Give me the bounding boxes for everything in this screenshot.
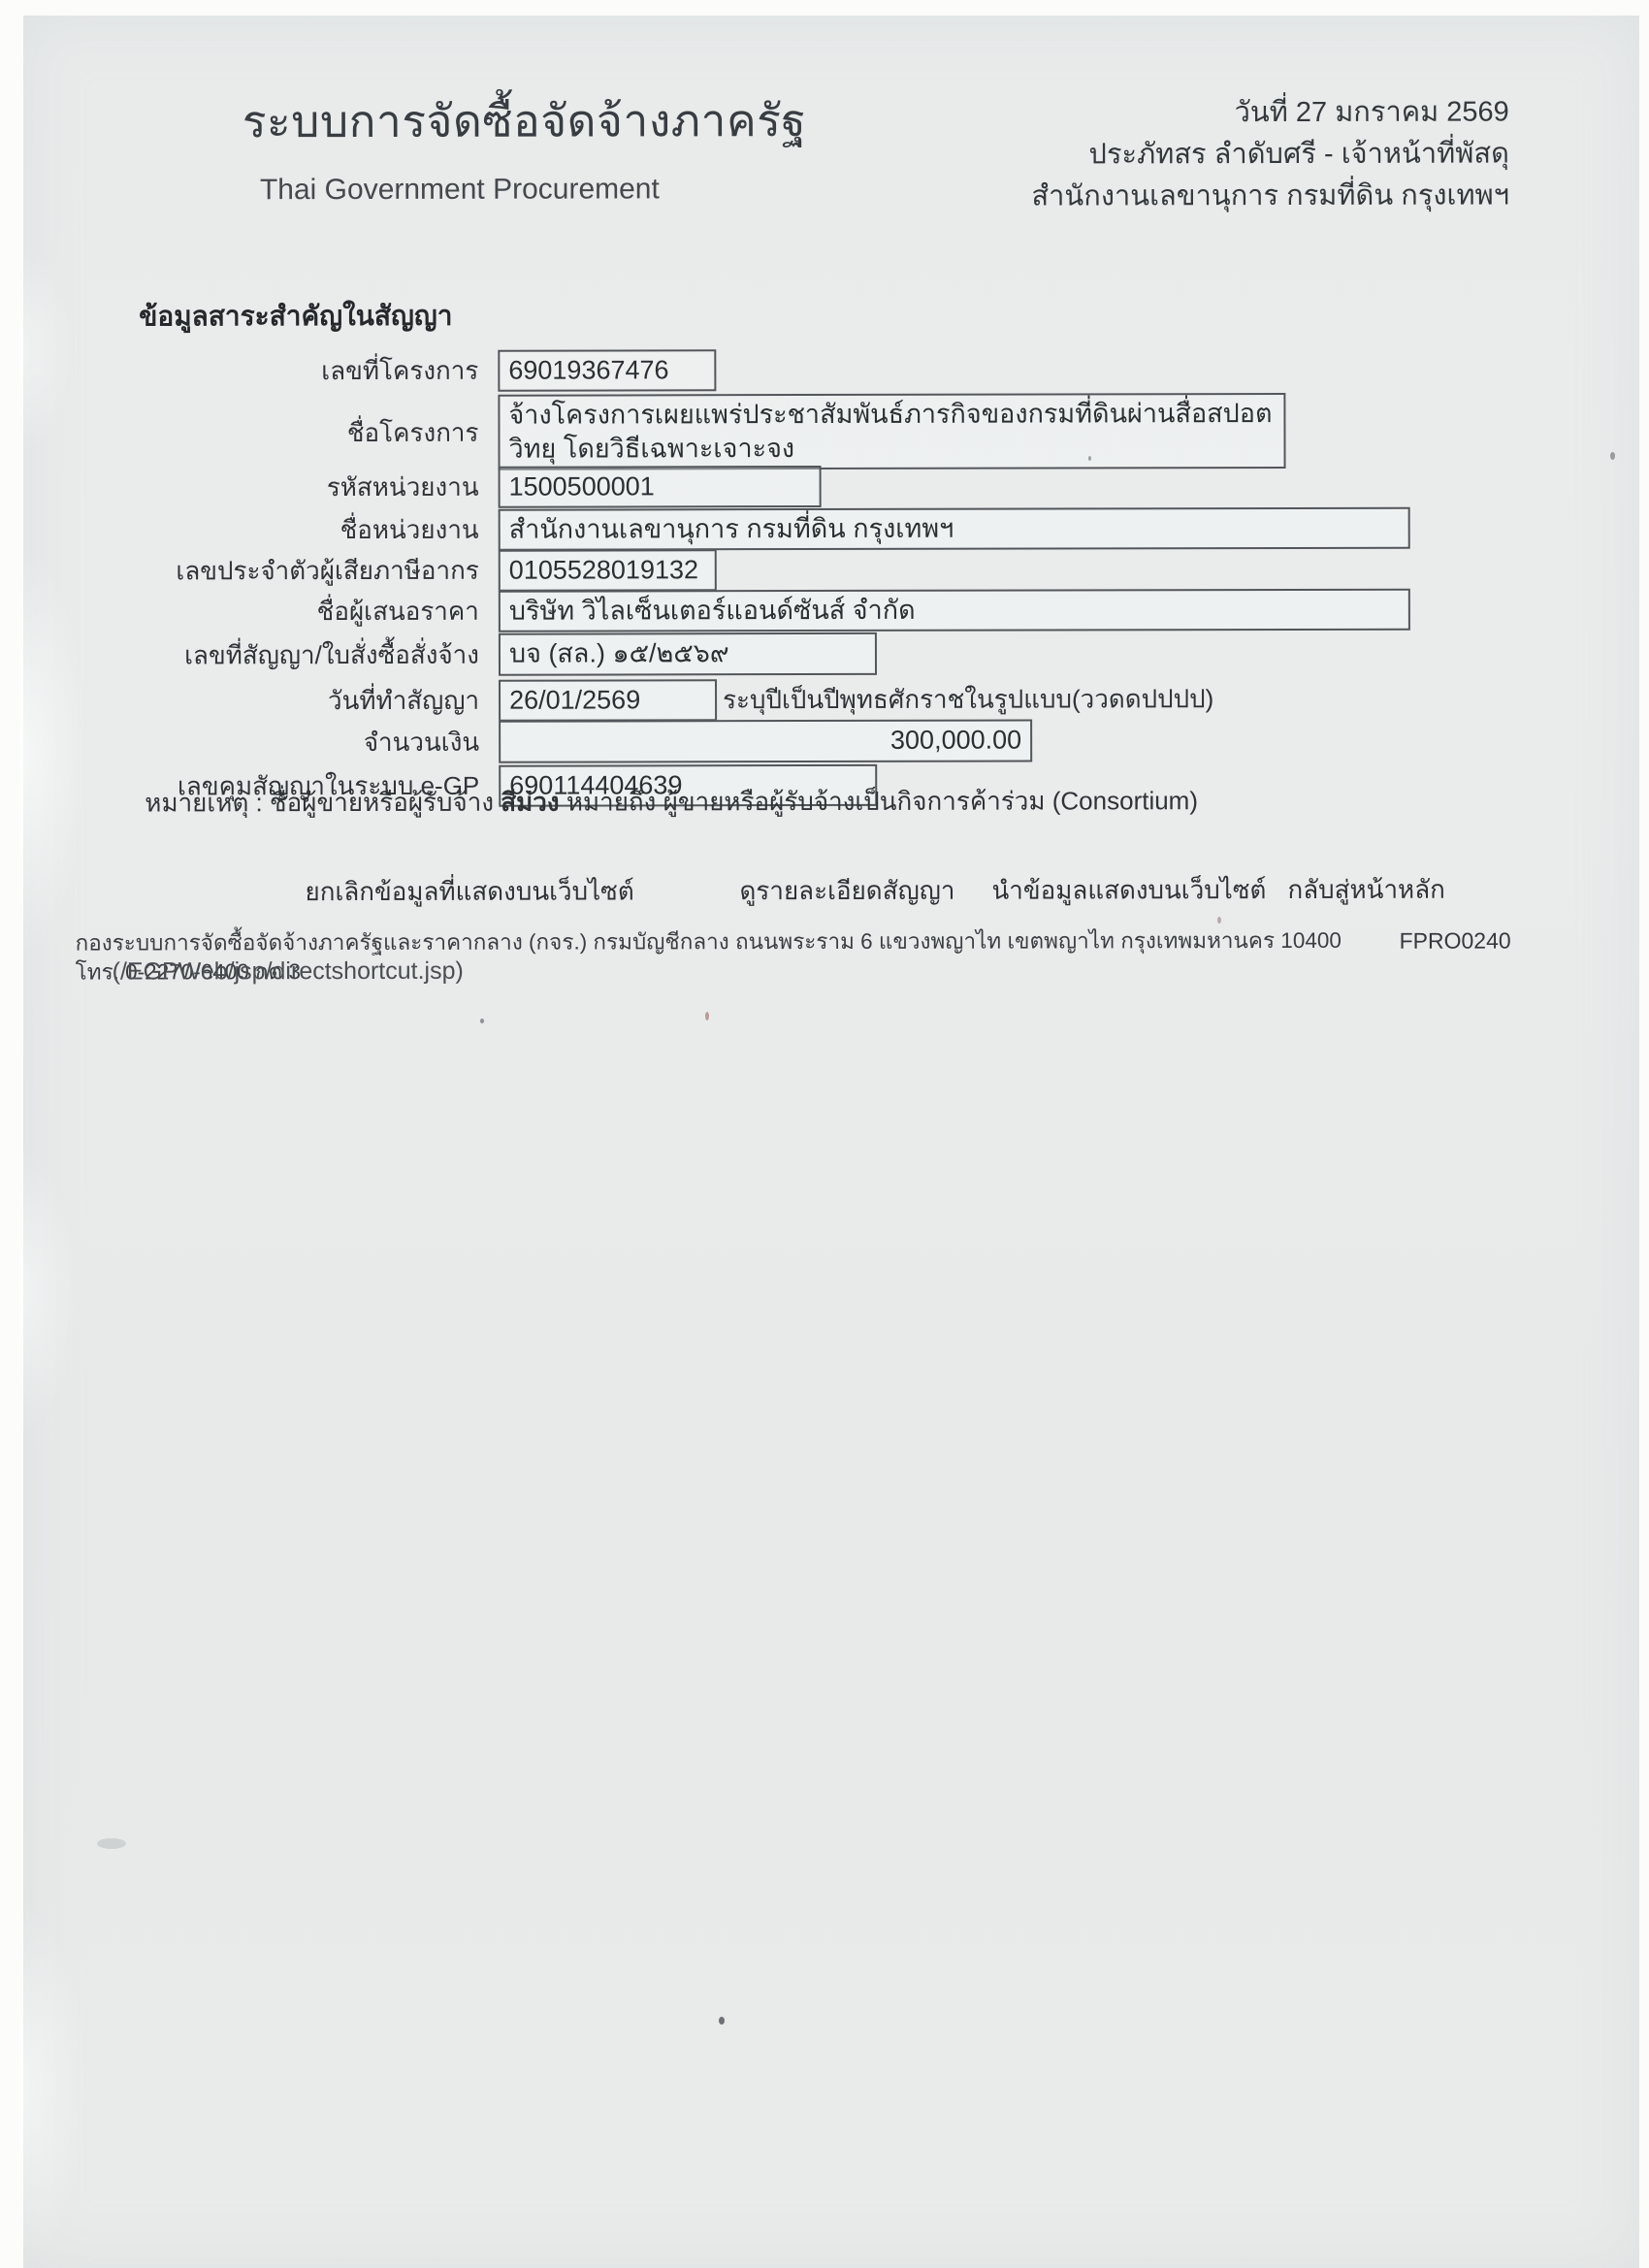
- footer-url-path: (/EGPWeb/jsp/directshortcut.jsp): [113, 957, 464, 987]
- app-title-english: Thai Government Procurement: [260, 173, 660, 207]
- field-row-amount: จำนวนเงิน 300,000.00: [57, 720, 1032, 764]
- remark-suffix: หมายถึง ผู้ขายหรือผู้รับจ้างเป็นกิจการค้…: [560, 786, 1198, 816]
- field-label: ชื่อโครงการ: [56, 412, 478, 453]
- field-label: วันที่ทำสัญญา: [57, 681, 479, 722]
- contract-number-input[interactable]: บจ (สล.) ๑๕/๒๕๖๙: [499, 632, 877, 676]
- print-date: วันที่ 27 มกราคม 2569: [1031, 92, 1509, 135]
- back-to-home-button[interactable]: กลับสู่หน้าหลัก: [1287, 870, 1444, 910]
- view-contract-detail-button[interactable]: ดูรายละเอียดสัญญา: [739, 871, 954, 911]
- print-info-block: วันที่ 27 มกราคม 2569 ประภัทสร ลำดับศรี …: [1031, 92, 1509, 218]
- section-title: ข้อมูลสาระสำคัญในสัญญา: [139, 295, 452, 339]
- printing-agency: สำนักงานเลขานุการ กรมที่ดิน กรุงเทพฯ: [1031, 176, 1509, 218]
- field-row-project-number: เลขที่โครงการ 69019367476: [56, 349, 716, 393]
- field-label: จำนวนเงิน: [57, 722, 479, 762]
- field-row-contract-number: เลขที่สัญญา/ใบสั่งซื้อสั่งจ้าง บจ (สล.) …: [57, 632, 877, 677]
- field-label: รหัสหน่วยงาน: [57, 468, 479, 508]
- field-row-agency-name: ชื่อหน่วยงาน สำนักงานเลขานุการ กรมที่ดิน…: [57, 507, 1410, 552]
- remark-prefix: หมายเหตุ : ชื่อผู้ขายหรือผู้รับจ้าง: [145, 788, 501, 818]
- contract-date-input[interactable]: 26/01/2569: [499, 679, 717, 722]
- agency-code-input[interactable]: 1500500001: [499, 466, 822, 508]
- field-label: เลขที่สัญญา/ใบสั่งซื้อสั่งจ้าง: [57, 634, 479, 675]
- project-name-input[interactable]: จ้างโครงการเผยแพร่ประชาสัมพันธ์ภารกิจของ…: [498, 393, 1285, 470]
- amount-input[interactable]: 300,000.00: [499, 720, 1032, 763]
- date-format-note: ระบุปีเป็นปีพุทธศักราชในรูปแบบ(ววดดปปปป): [723, 679, 1213, 720]
- cancel-publish-button[interactable]: ยกเลิกข้อมูลที่แสดงบนเว็บไซต์: [305, 871, 633, 912]
- app-title-thai: ระบบการจัดซื้อจัดจ้างภาครัฐ: [242, 85, 807, 157]
- project-number-input[interactable]: 69019367476: [498, 349, 716, 392]
- remark-note: หมายเหตุ : ชื่อผู้ขายหรือผู้รับจ้าง สีม่…: [145, 781, 1198, 823]
- field-label: เลขที่โครงการ: [56, 351, 478, 392]
- document-content: ระบบการจัดซื้อจัดจ้างภาครัฐ Thai Governm…: [0, 0, 1649, 2268]
- tax-id-input[interactable]: 0105528019132: [499, 549, 717, 592]
- agency-name-input[interactable]: สำนักงานเลขานุการ กรมที่ดิน กรุงเทพฯ: [499, 507, 1410, 551]
- field-row-bidder-name: ชื่อผู้เสนอราคา บริษัท วิไลเซ็นเตอร์แอนด…: [57, 589, 1410, 633]
- field-label: ชื่อหน่วยงาน: [57, 510, 479, 551]
- field-row-agency-code: รหัสหน่วยงาน 1500500001: [57, 466, 822, 509]
- field-row-project-name: ชื่อโครงการ จ้างโครงการเผยแพร่ประชาสัมพั…: [56, 393, 1285, 471]
- form-code: FPRO0240: [1400, 928, 1511, 955]
- field-row-contract-date: วันที่ทำสัญญา 26/01/2569 ระบุปีเป็นปีพุท…: [57, 678, 1213, 723]
- publish-to-website-button[interactable]: นำข้อมูลแสดงบนเว็บไซต์: [991, 870, 1266, 911]
- field-label: ชื่อผู้เสนอราคา: [57, 592, 479, 632]
- printed-by: ประภัทสร ลำดับศรี - เจ้าหน้าที่พัสดุ: [1031, 134, 1509, 177]
- field-row-tax-id: เลขประจำตัวผู้เสียภาษีอากร 0105528019132: [57, 549, 717, 593]
- bidder-name-input[interactable]: บริษัท วิไลเซ็นเตอร์แอนด์ซันส์ จำกัด: [499, 589, 1410, 632]
- scanned-page: ระบบการจัดซื้อจัดจ้างภาครัฐ Thai Governm…: [0, 0, 1649, 2268]
- field-label: เลขประจำตัวผู้เสียภาษีอากร: [57, 551, 479, 592]
- remark-highlight: สีม่วง: [501, 788, 559, 817]
